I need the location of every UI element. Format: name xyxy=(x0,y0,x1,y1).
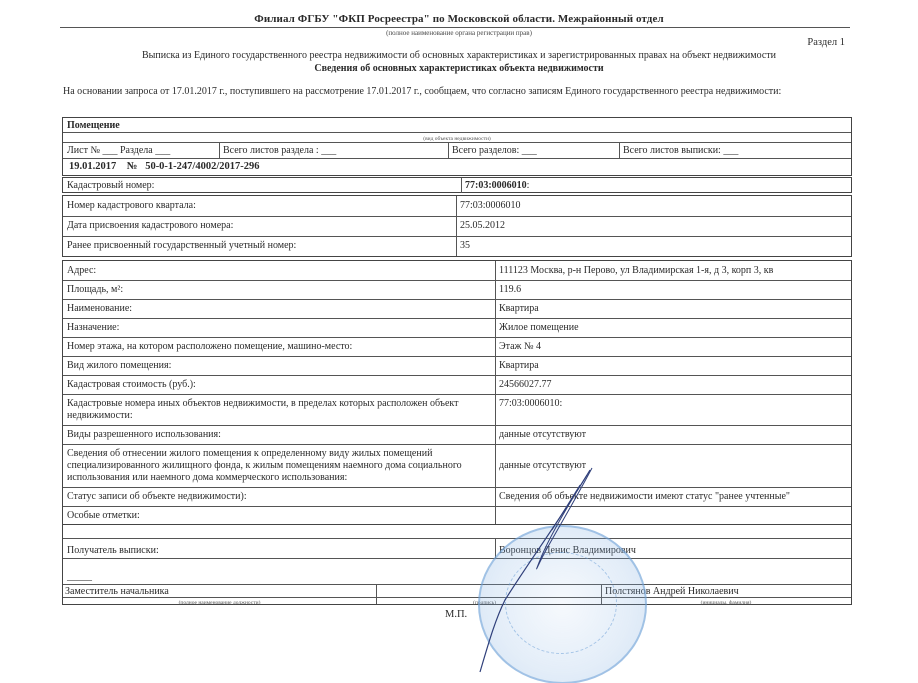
record-no-label: № xyxy=(127,161,138,172)
extract-subtitle: Сведения об основных характеристиках объ… xyxy=(0,63,918,74)
divider xyxy=(63,236,851,237)
cadastral-number-label: Кадастровый номер: xyxy=(63,178,158,194)
divider xyxy=(63,538,851,539)
row-label: Кадастровая стоимость (руб.): xyxy=(63,377,200,393)
position-caption: (полное наименование должности) xyxy=(63,597,376,609)
cadastral-number-value: 77:03:0006010: xyxy=(461,178,533,194)
recipient-label: Получатель выписки: xyxy=(63,543,163,559)
record-number: 50-0-1-247/4002/2017-296 xyxy=(145,161,259,172)
row-label: Ранее присвоенный государственный учетны… xyxy=(63,238,300,254)
extract-title: Выписка из Единого государственного реес… xyxy=(0,50,918,61)
characteristics-table: Адрес: 111123 Москва, р-н Перово, ул Вла… xyxy=(62,260,852,525)
org-title: Филиал ФГБУ "ФКП Росреестра" по Московск… xyxy=(0,13,918,25)
row-label: Вид жилого помещения: xyxy=(63,358,175,374)
intro-text: На основании запроса от 17.01.2017 г., п… xyxy=(63,86,823,98)
row-value: Жилое помещение xyxy=(495,320,583,336)
sheet-number: Лист № ___ Раздела ___ xyxy=(63,143,174,159)
row-value: 77:03:0006010 xyxy=(456,198,525,214)
row-value: 77:03:0006010: xyxy=(495,396,566,412)
special-marks-label: Особые отметки: xyxy=(63,508,144,524)
row-label: Наименование: xyxy=(63,301,136,317)
divider xyxy=(63,506,851,507)
row-label: Статус записи об объекте недвижимости): xyxy=(63,489,251,505)
blank-line: _____ xyxy=(63,569,96,585)
row-label: Адрес: xyxy=(63,263,100,279)
row-label: Номер кадастрового квартала: xyxy=(63,198,200,214)
divider xyxy=(63,394,851,395)
divider xyxy=(63,318,851,319)
row-value: 24566027.77 xyxy=(495,377,556,393)
row-value: 111123 Москва, р-н Перово, ул Владимирск… xyxy=(495,263,777,279)
row-label: Виды разрешенного использования: xyxy=(63,427,225,443)
row-value: Сведения об объекте недвижимости имеют с… xyxy=(495,489,794,505)
divider xyxy=(63,216,851,217)
divider xyxy=(63,558,851,559)
divider xyxy=(63,356,851,357)
row-value: 119.6 xyxy=(495,282,525,298)
divider xyxy=(63,444,851,445)
total-sheets-extract: Всего листов выписки: ___ xyxy=(619,143,742,159)
row-label: Площадь, м²: xyxy=(63,282,127,298)
divider xyxy=(63,337,851,338)
divider xyxy=(63,299,851,300)
record-line: 19.01.2017 № 50-0-1-247/4002/2017-296 xyxy=(65,159,264,175)
cadastral-number: 77:03:0006010 xyxy=(465,180,527,191)
header-divider xyxy=(60,27,850,28)
object-type-block: Помещение (вид объекта недвижимости) Лис… xyxy=(62,117,852,176)
row-label: Номер этажа, на котором расположено поме… xyxy=(63,339,356,355)
row-value: Квартира xyxy=(495,301,543,317)
quarter-info-table: Номер кадастрового квартала: 77:03:00060… xyxy=(62,195,852,257)
row-value: 25.05.2012 xyxy=(456,218,509,234)
row-value: данные отсутствуют xyxy=(495,427,590,443)
total-sheets-section: Всего листов раздела : ___ xyxy=(219,143,340,159)
row-value: данные отсутствуют xyxy=(495,458,590,474)
row-value: 35 xyxy=(456,238,474,254)
divider xyxy=(63,280,851,281)
record-date: 19.01.2017 xyxy=(69,161,116,172)
row-label: Сведения об отнесении жилого помещения к… xyxy=(63,446,493,486)
row-label: Кадастровые номера иных объектов недвижи… xyxy=(63,396,483,424)
recipient-block: Получатель выписки: Воронцов Денис Влади… xyxy=(62,525,852,605)
seal-label: М.П. xyxy=(445,609,467,620)
org-caption: (полное наименование органа регистрации … xyxy=(0,29,918,37)
row-value: Этаж № 4 xyxy=(495,339,545,355)
row-label: Дата присвоения кадастрового номера: xyxy=(63,218,237,234)
cadastral-suffix: : xyxy=(527,180,530,191)
divider xyxy=(63,425,851,426)
section-label: Раздел 1 xyxy=(807,37,845,48)
cadastral-number-row: Кадастровый номер: 77:03:0006010: xyxy=(62,177,852,193)
divider xyxy=(63,375,851,376)
total-sections: Всего разделов: ___ xyxy=(448,143,541,159)
row-label: Назначение: xyxy=(63,320,123,336)
divider xyxy=(63,487,851,488)
official-stamp-inner-ring xyxy=(505,552,617,654)
row-value: Квартира xyxy=(495,358,543,374)
